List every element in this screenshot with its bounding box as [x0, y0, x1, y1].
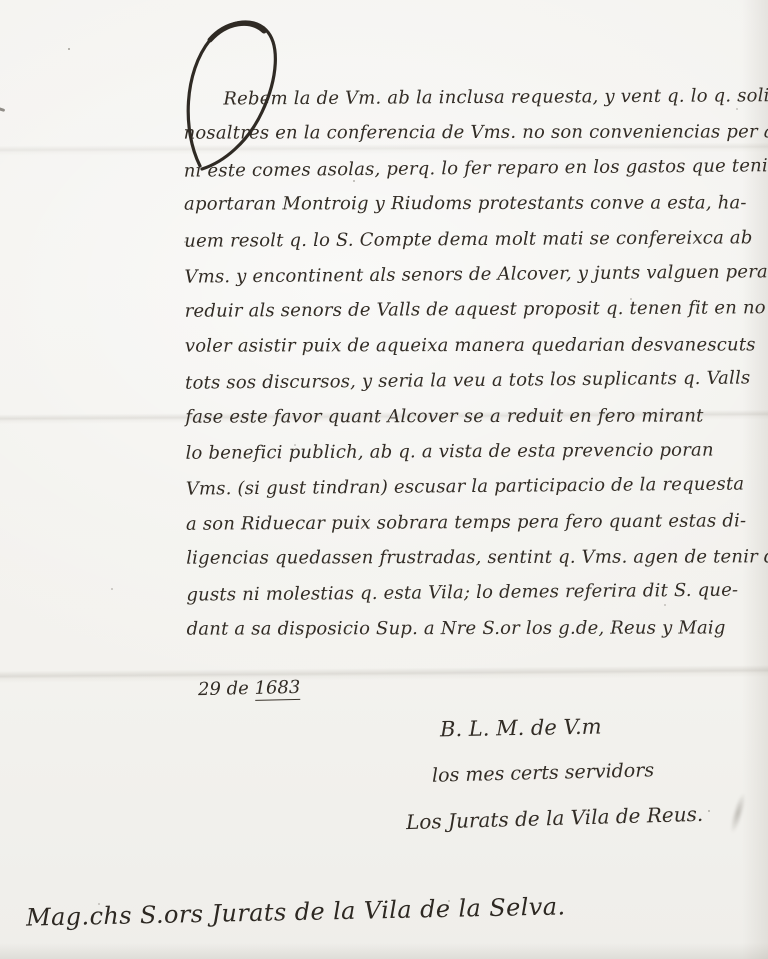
date-line: 29 de 1683	[198, 677, 301, 700]
manuscript-line: dant a sa disposicio Sup. a Nre S.or los…	[187, 610, 762, 647]
manuscript-line: fase este favor quant Alcover se a redui…	[185, 398, 760, 435]
manuscript-line: ni este comes asolas, perq. lo fer repar…	[184, 148, 759, 189]
year-underlined: 1683	[254, 677, 300, 701]
address-line: Mag.chs S.ors Jurats de la Vila de la Se…	[26, 892, 566, 931]
fold-crease-bottom	[0, 665, 768, 683]
manuscript-line: Vms. (si gust tindran) escusar la partic…	[186, 467, 761, 508]
manuscript-line: lo benefici publich, ab q. a vista de es…	[185, 432, 760, 471]
manuscript-line: Rebem la de Vm. ab la inclusa requesta, …	[183, 78, 758, 117]
manuscript-line: Vms. y encontinent als senors de Alcover…	[184, 254, 759, 295]
manuscript-line: ligencias quedassen frustradas, sentint …	[186, 539, 761, 576]
manuscript-line: aportaran Montroig y Riudoms protestants…	[184, 186, 759, 223]
manuscript-line: gusts ni molestias q. esta Vila; lo deme…	[186, 573, 761, 614]
page-edge-shading-bottom	[0, 943, 768, 959]
signature-line: Los Jurats de la Vila de Reus.	[406, 802, 704, 834]
closing-servants-line: los mes certs servidors	[432, 759, 655, 786]
manuscript-line: a son Riduecar puix sobrara temps pera f…	[186, 503, 761, 542]
letter-body: Rebem la de Vm. ab la inclusa requesta, …	[183, 78, 761, 648]
paper-specks	[68, 48, 70, 50]
manuscript-line: reduir als senors de Valls de aquest pro…	[185, 291, 760, 330]
manuscript-line: voler asistir puix de aqueixa manera que…	[185, 327, 760, 364]
manuscript-line: nosaltres en la conferencia de Vms. no s…	[184, 115, 759, 152]
closing-salutation: B. L. M. de V.m	[440, 715, 602, 742]
date-prefix: 29 de	[198, 678, 255, 700]
manuscript-scan: Rebem la de Vm. ab la inclusa requesta, …	[0, 0, 768, 959]
page-edge-mark	[0, 107, 5, 112]
manuscript-line: tots sos discursos, y seria la veu a tot…	[185, 360, 760, 401]
manuscript-line: uem resolt q. lo S. Compte dema molt mat…	[184, 220, 759, 259]
